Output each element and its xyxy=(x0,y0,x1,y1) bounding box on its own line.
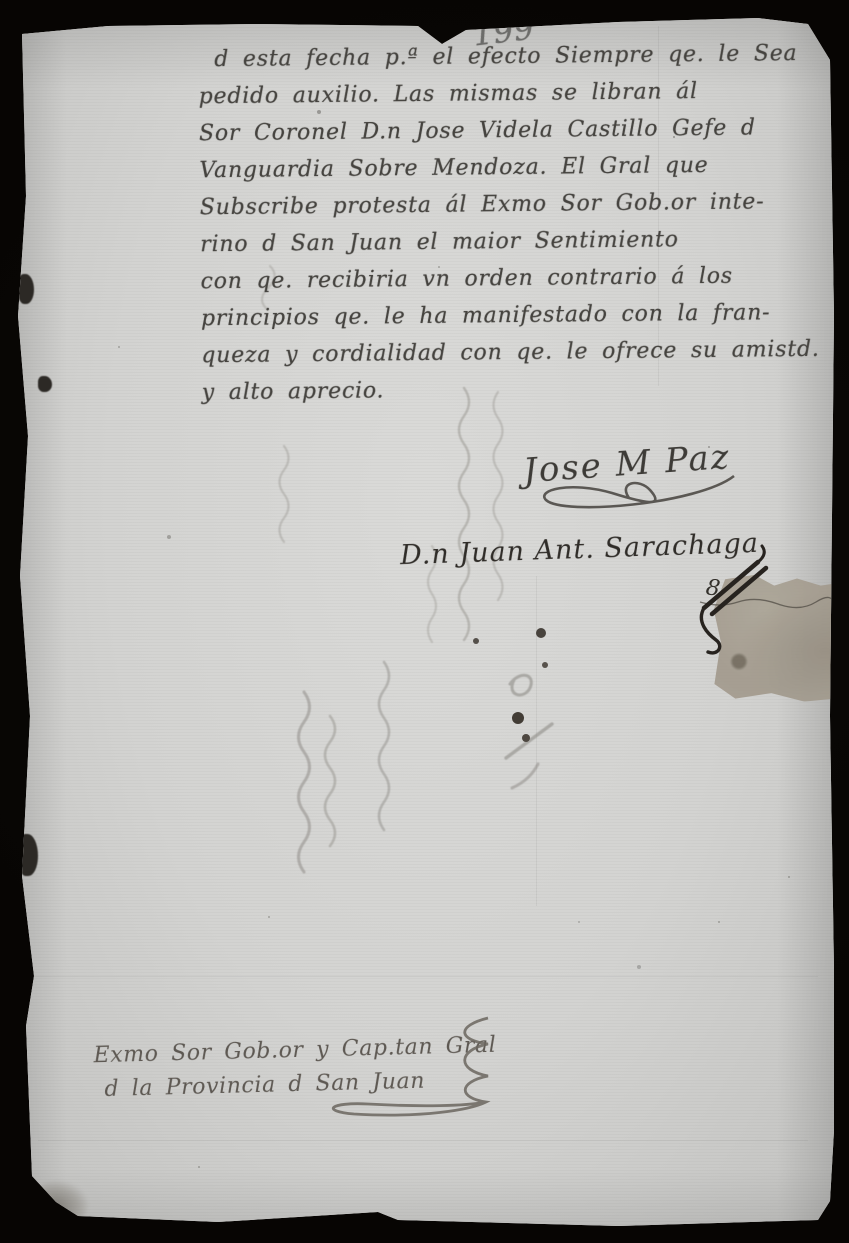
letter-line: queza y cordialidad con qe. le ofrece su… xyxy=(201,331,831,375)
address-block: Exmo Sor Gob.or y Cap.tan Gral d la Prov… xyxy=(93,1029,498,1108)
ink-blot xyxy=(512,712,524,724)
paper-crease xyxy=(38,1140,808,1141)
paper-crease xyxy=(28,976,818,977)
letter-line: Subscribe protesta ál Exmo Sor Gob.or in… xyxy=(200,183,830,227)
edge-blemish xyxy=(18,834,38,876)
bottom-smudge xyxy=(28,1181,88,1229)
ink-blot xyxy=(473,638,479,644)
paper-sheet: 199 xyxy=(18,16,834,1228)
paper-crease xyxy=(536,576,537,906)
secretary-line: D.n Juan Ant. Sarachaga xyxy=(400,528,760,572)
edge-blemish xyxy=(38,376,52,392)
edge-blemish xyxy=(18,274,34,304)
paper-specks xyxy=(18,16,20,18)
letter-line: Sor Coronel D.n Jose Videla Castillo Gef… xyxy=(199,109,829,153)
ink-blot xyxy=(522,734,530,742)
letter-body: d esta fecha p.ª el efecto Siempre qe. l… xyxy=(198,35,832,412)
ink-blot xyxy=(536,628,546,638)
stain-patch xyxy=(711,571,847,702)
signature-jose-m-paz: Jose M Paz xyxy=(522,437,732,491)
ink-blot xyxy=(542,662,548,668)
scanned-letter-page: 199 xyxy=(0,0,849,1243)
letter-line: y alto aprecio. xyxy=(202,368,832,412)
letter-line: d esta fecha p.ª el efecto Siempre qe. l… xyxy=(198,35,828,79)
